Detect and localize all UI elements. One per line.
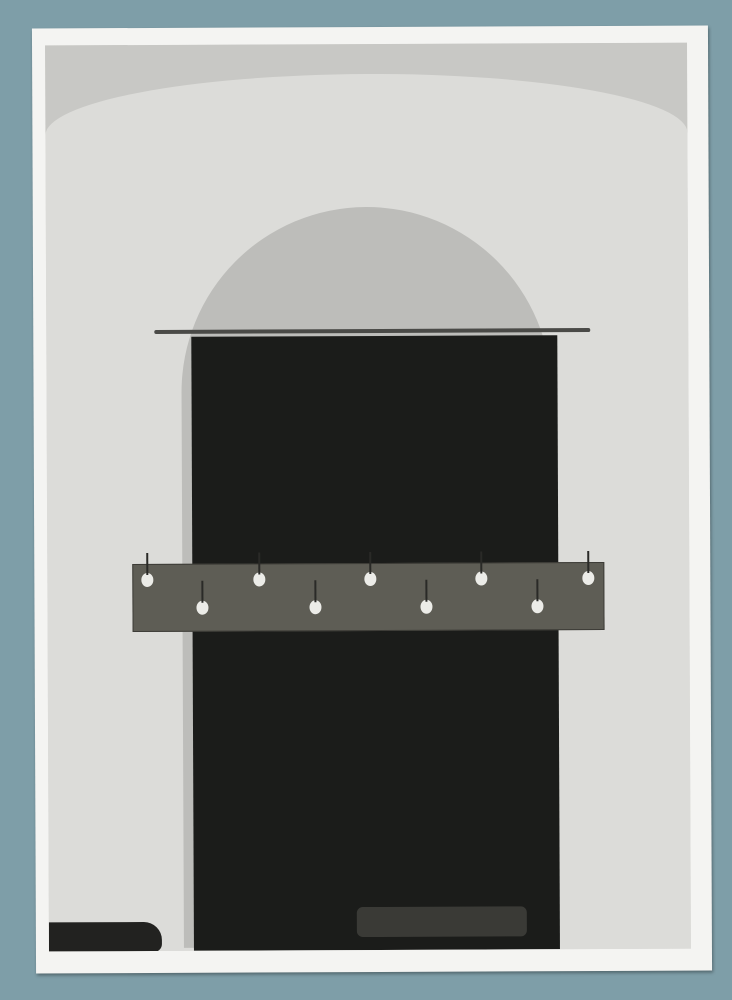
coat-hook [196,601,208,615]
dark-curtain [191,335,560,951]
photograph [45,43,691,952]
coat-rack [132,562,604,632]
coat-hook [582,571,594,585]
coat-hook [309,600,321,614]
coat-hook [420,600,432,614]
photo-print [32,26,712,974]
coat-hook [253,572,265,586]
coat-hook [475,571,487,585]
chair-back [357,906,527,937]
coat-hook [141,573,153,587]
coat-hook [364,572,376,586]
coat-hook [531,599,543,613]
chair-armrest [49,922,162,951]
